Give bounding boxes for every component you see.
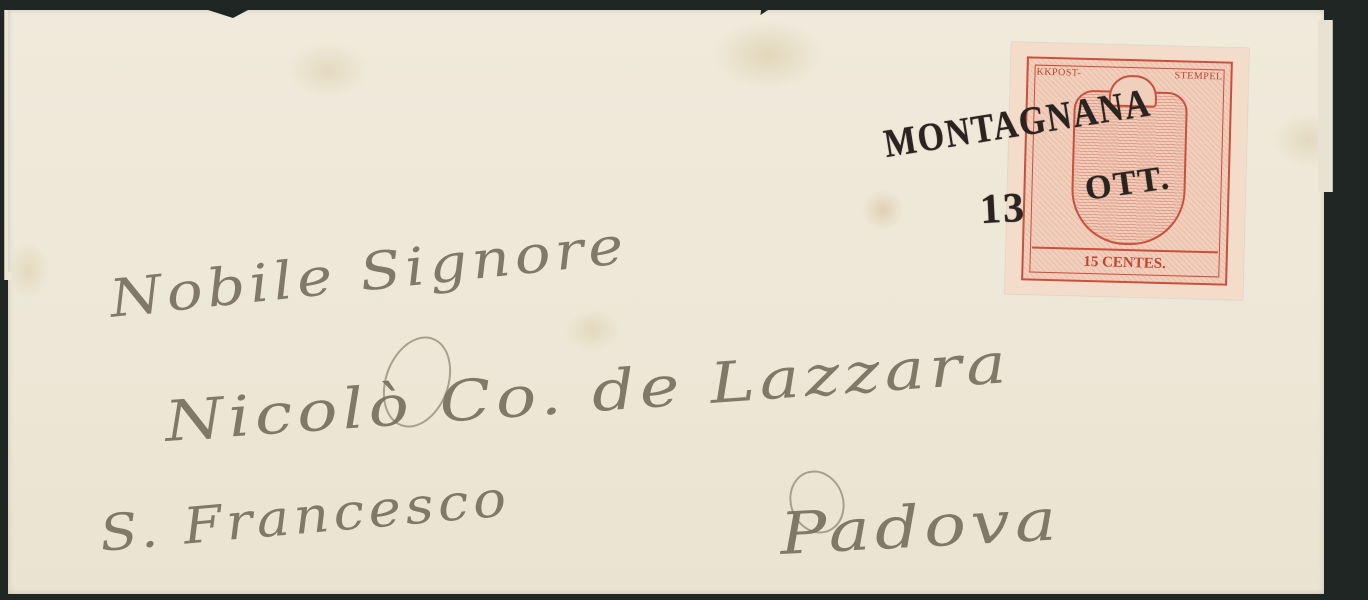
cover-right-flap xyxy=(1318,20,1333,192)
stamp-value: 15 CENTES. xyxy=(1031,247,1218,276)
postmark-day: 13 xyxy=(979,184,1027,234)
stamp-header-right: STEMPEL xyxy=(1174,70,1222,82)
stamp-header-left: KKPOST- xyxy=(1036,67,1081,79)
